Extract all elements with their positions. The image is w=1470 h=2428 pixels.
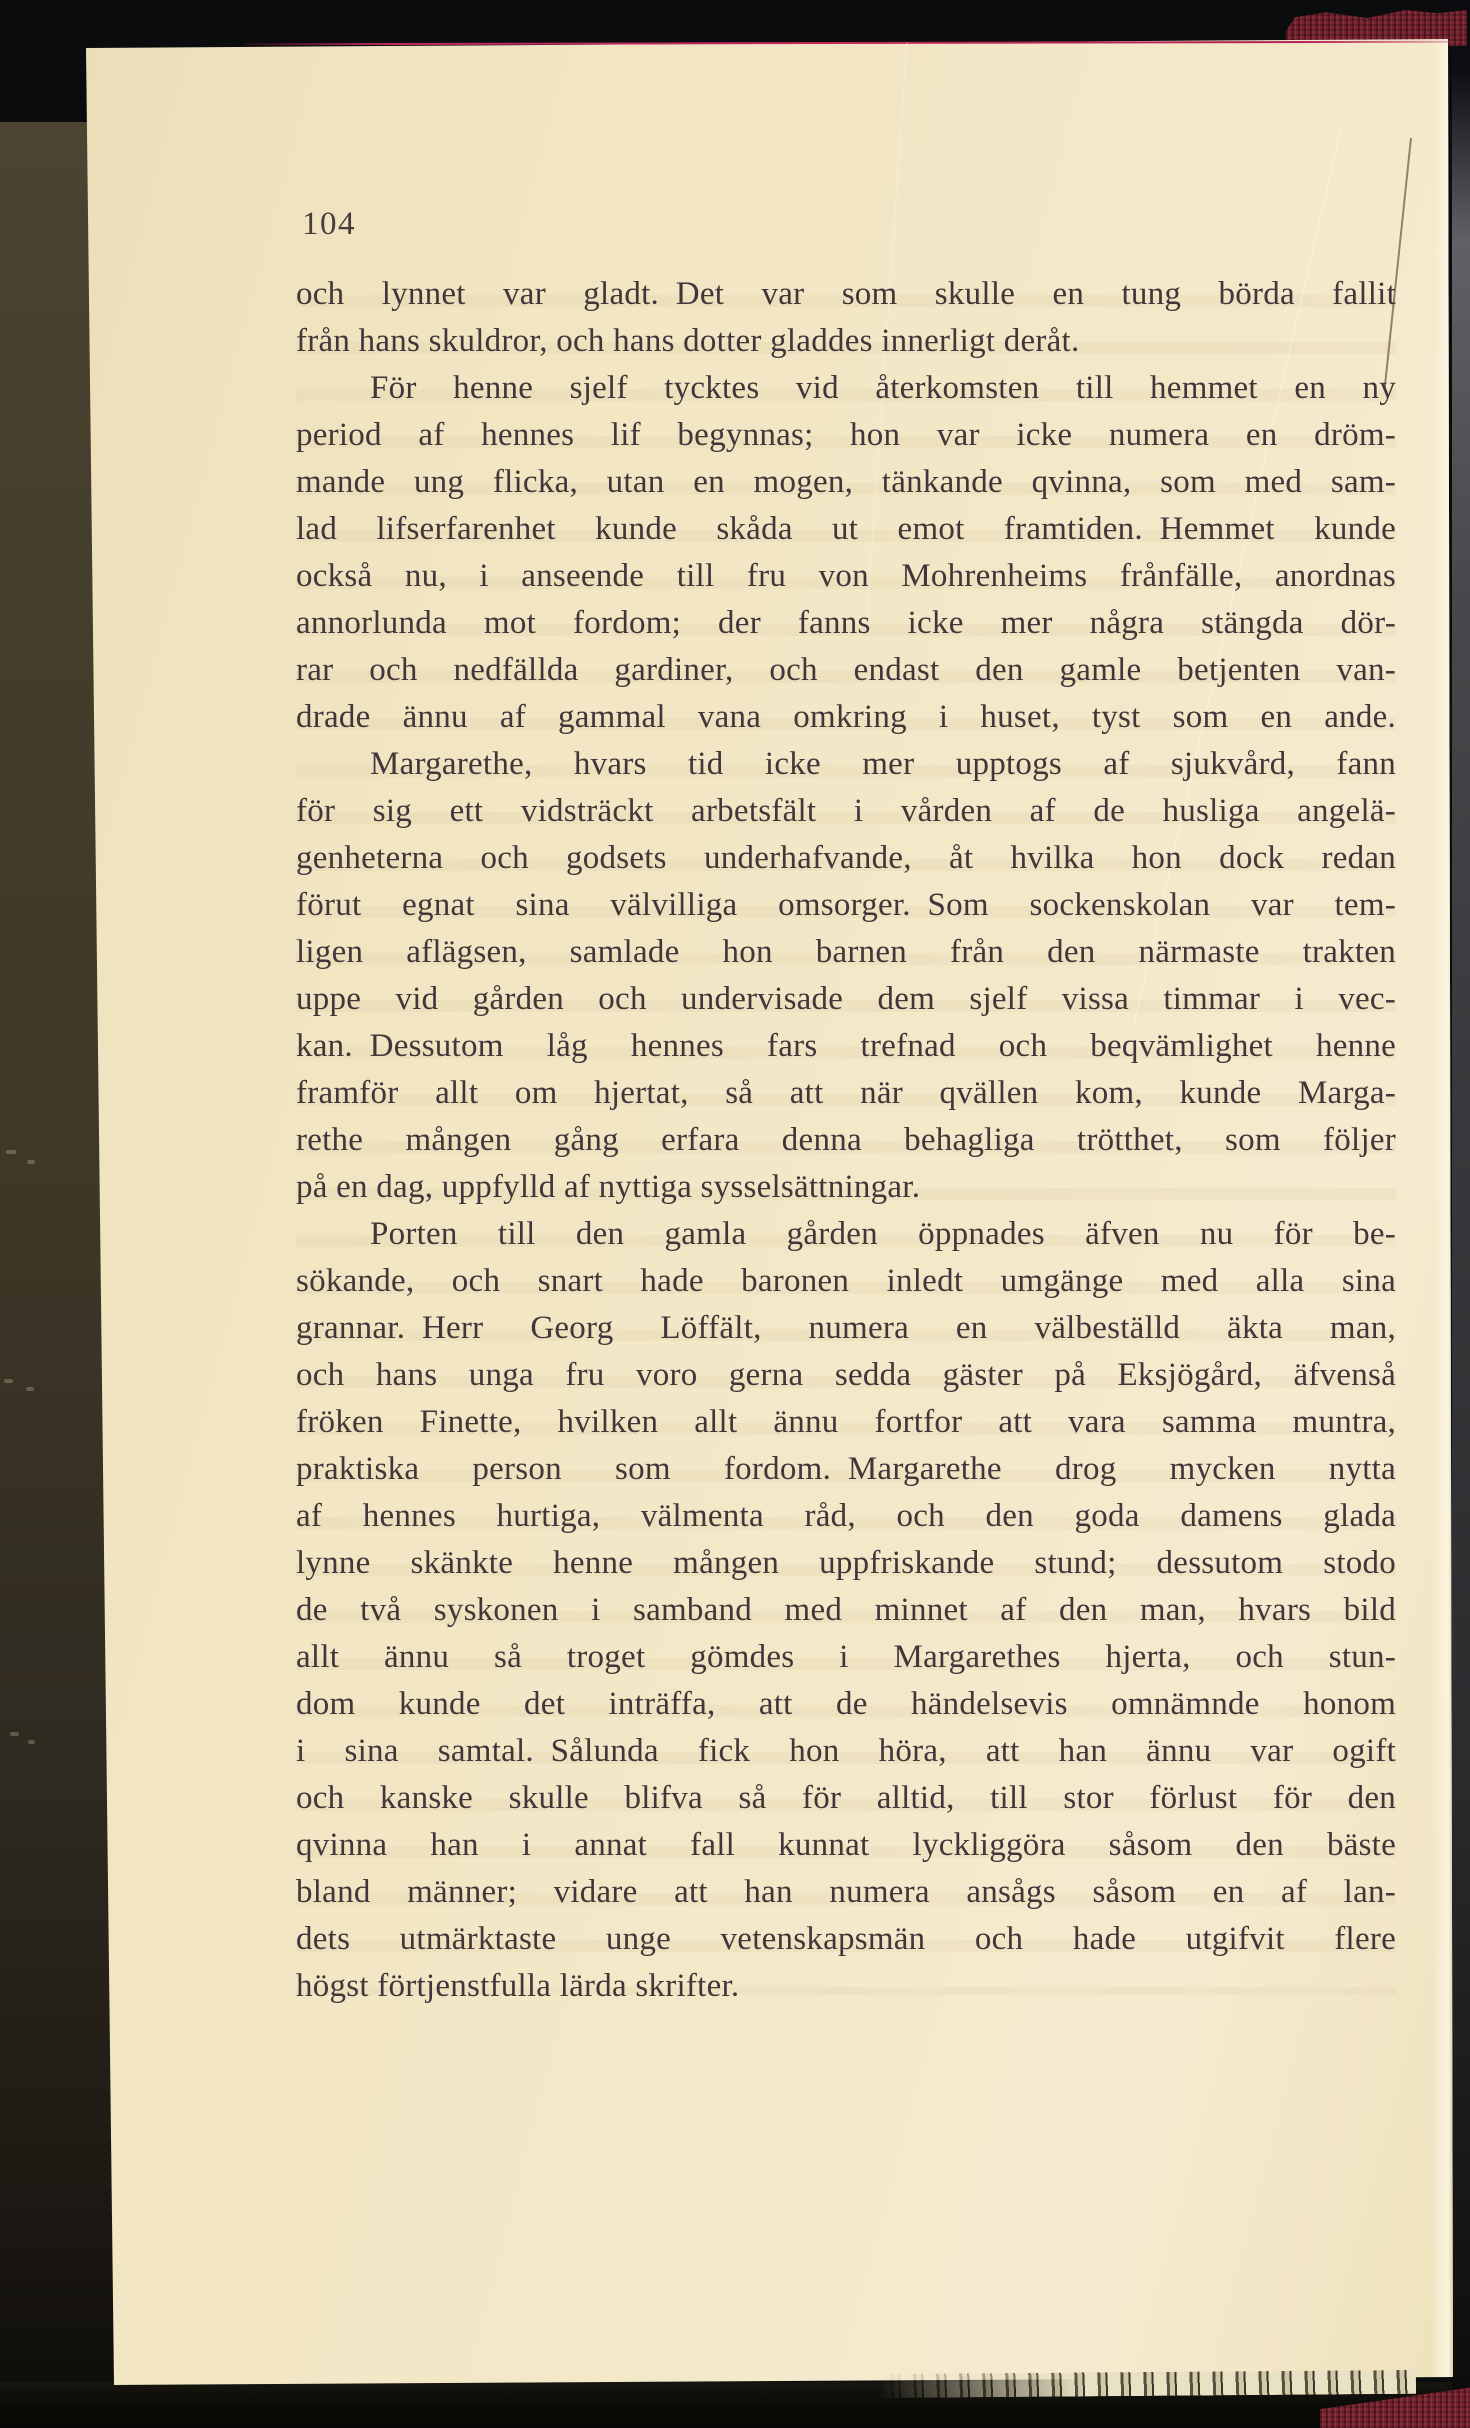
background-right-edge <box>1452 0 1470 2428</box>
text-line: dets utmärktaste unge vetenskapsmän och … <box>296 1916 1396 1963</box>
page-text: och lynnet var gladt. Det var som skulle… <box>296 271 1396 2010</box>
text-line: drade ännu af gammal vana omkring i huse… <box>296 694 1396 741</box>
text-line: mande ung flicka, utan en mogen, tänkand… <box>296 459 1396 506</box>
text-line: uppe vid gården och undervisade dem sjel… <box>296 976 1396 1023</box>
text-line: fröken Finette, hvilken allt ännu fortfo… <box>296 1399 1396 1446</box>
scan-speck <box>28 1740 35 1744</box>
text-line: och hans unga fru voro gerna sedda gäste… <box>296 1352 1396 1399</box>
text-line: framför allt om hjertat, så att när qväl… <box>296 1070 1396 1117</box>
text-line: För henne sjelf tycktes vid återkomsten … <box>296 365 1396 412</box>
text-line: period af hennes lif begynnas; hon var i… <box>296 412 1396 459</box>
text-line: praktiska person som fordom. Margarethe … <box>296 1446 1396 1493</box>
text-line: i sina samtal. Sålunda fick hon höra, at… <box>296 1728 1396 1775</box>
text-line: och lynnet var gladt. Det var som skulle… <box>296 271 1396 318</box>
text-line: också nu, i anseende till fru von Mohren… <box>296 553 1396 600</box>
text-line: kan. Dessutom låg hennes fars trefnad oc… <box>296 1023 1396 1070</box>
text-line: genheterna och godsets underhafvande, åt… <box>296 835 1396 882</box>
text-line: af hennes hurtiga, välmenta råd, och den… <box>296 1493 1396 1540</box>
text-line: förut egnat sina välvilliga omsorger. So… <box>296 882 1396 929</box>
text-line: qvinna han i annat fall kunnat lyckliggö… <box>296 1822 1396 1869</box>
scan-speck <box>27 1160 35 1164</box>
text-line: lynne skänkte henne mången uppfriskande … <box>296 1540 1396 1587</box>
text-line: sökande, och snart hade baronen inledt u… <box>296 1258 1396 1305</box>
text-line: för sig ett vidsträckt arbetsfält i vård… <box>296 788 1396 835</box>
scan-speck <box>4 1379 13 1383</box>
scanned-book-photo: 104 och lynnet var gladt. Det var som sk… <box>0 0 1470 2428</box>
text-line: annorlunda mot fordom; der fanns icke me… <box>296 600 1396 647</box>
scan-speck <box>6 1150 16 1154</box>
text-line: bland männer; vidare att han numera anså… <box>296 1869 1396 1916</box>
scan-speck <box>10 1732 19 1736</box>
text-line: ligen aflägsen, samlade hon barnen från … <box>296 929 1396 976</box>
text-line: på en dag, uppfylld af nyttiga sysselsät… <box>296 1164 1396 1211</box>
scan-speck <box>26 1387 34 1391</box>
text-line: och kanske skulle blifva så för alltid, … <box>296 1775 1396 1822</box>
text-line: lad lifserfarenhet kunde skåda ut emot f… <box>296 506 1396 553</box>
page-fore-edge-highlight <box>1432 40 1453 2378</box>
text-line: dom kunde det inträffa, att de händelsev… <box>296 1681 1396 1728</box>
text-line: Porten till den gamla gården öppnades äf… <box>296 1211 1396 1258</box>
text-line: de två syskonen i samband med minnet af … <box>296 1587 1396 1634</box>
text-line: från hans skuldror, och hans dotter glad… <box>296 318 1396 365</box>
text-line: rethe mången gång erfara denna behagliga… <box>296 1117 1396 1164</box>
page-number: 104 <box>302 206 356 242</box>
text-line: högst förtjenstfulla lärda skrifter. <box>296 1963 1396 2010</box>
text-line: grannar. Herr Georg Löffält, numera en v… <box>296 1305 1396 1352</box>
page-block-fore-edge <box>878 2370 1416 2398</box>
text-line: allt ännu så troget gömdes i Margarethes… <box>296 1634 1396 1681</box>
text-line: Margarethe, hvars tid icke mer upptogs a… <box>296 741 1396 788</box>
text-line: rar och nedfällda gardiner, och endast d… <box>296 647 1396 694</box>
